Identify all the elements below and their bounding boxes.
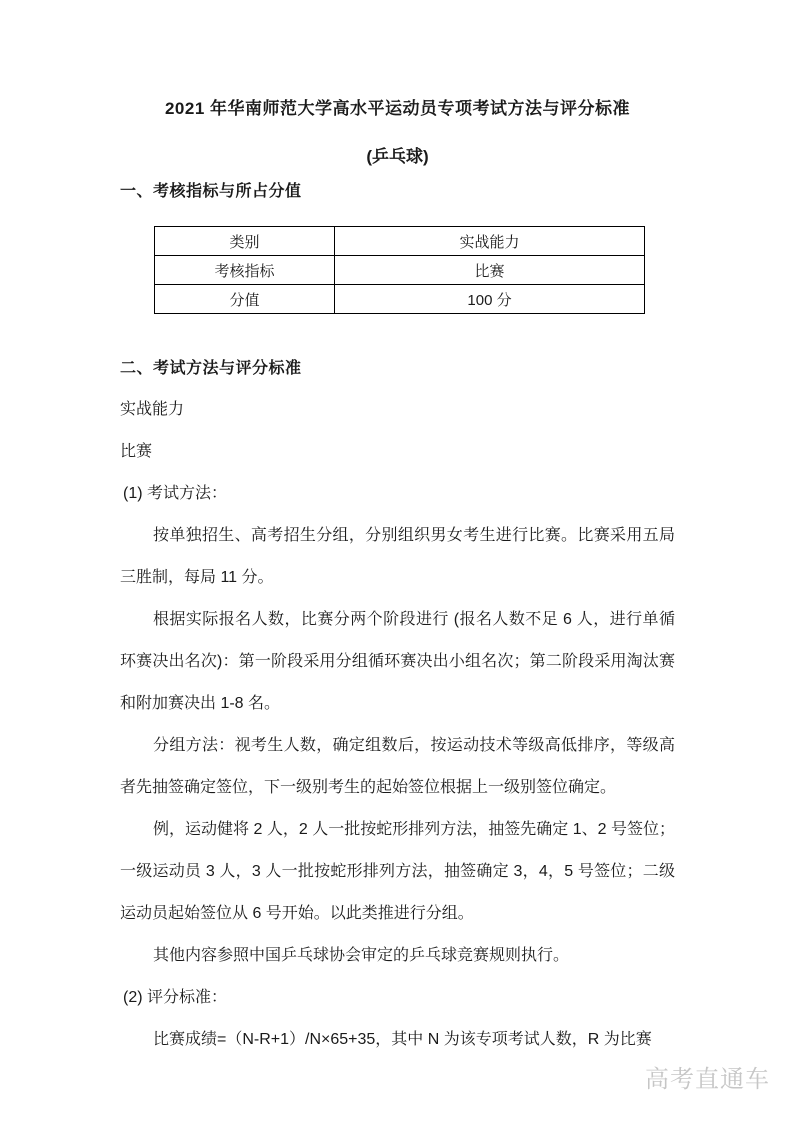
section-two-heading: 二、考试方法与评分标准 <box>120 356 675 382</box>
event-label: 比赛 <box>120 431 675 473</box>
paragraph-group-method: 分组方法：视考生人数，确定组数后，按运动技术等级高低排序，等级高者先抽签确定签位… <box>120 725 675 809</box>
watermark-text: 高考直通车 <box>645 1059 770 1094</box>
document-page: 2021 年华南师范大学高水平运动员专项考试方法与评分标准 (乒乓球) 一、考核… <box>0 0 794 1123</box>
paragraph-stages: 根据实际报名人数，比赛分两个阶段进行 (报名人数不足 6 人，进行单循环赛决出名… <box>120 599 675 725</box>
paragraph-scoring-formula: 比赛成绩=（N-R+1）/N×65+35，其中 N 为该专项考试人数，R 为比赛 <box>120 1019 675 1061</box>
section-one-heading: 一、考核指标与所占分值 <box>120 179 675 205</box>
item-two-label: (2) 评分标准： <box>120 977 675 1019</box>
paragraph-example: 例，运动健将 2 人，2 人一批按蛇形排列方法，抽签先确定 1、2 号签位；一级… <box>120 809 675 935</box>
document-title: 2021 年华南师范大学高水平运动员专项考试方法与评分标准 <box>120 96 675 122</box>
cell-score-label: 分值 <box>155 285 335 314</box>
cell-indicator-label: 考核指标 <box>155 256 335 285</box>
cell-score-value: 100 分 <box>335 285 645 314</box>
item-one-label: (1) 考试方法： <box>120 473 675 515</box>
paragraph-other-rules: 其他内容参照中国乒乓球协会审定的乒乓球竞赛规则执行。 <box>120 935 675 977</box>
paragraph-grouping: 按单独招生、高考招生分组，分别组织男女考生进行比赛。比赛采用五局三胜制，每局 1… <box>120 515 675 599</box>
document-content: 2021 年华南师范大学高水平运动员专项考试方法与评分标准 (乒乓球) 一、考核… <box>0 0 794 1061</box>
score-table: 类别 实战能力 考核指标 比赛 分值 100 分 <box>154 226 645 314</box>
table-row-score: 分值 100 分 <box>155 285 645 314</box>
cell-indicator-value: 比赛 <box>335 256 645 285</box>
table-row-indicator: 考核指标 比赛 <box>155 256 645 285</box>
cell-category-value: 实战能力 <box>335 227 645 256</box>
section-two-body: 实战能力 比赛 (1) 考试方法： 按单独招生、高考招生分组，分别组织男女考生进… <box>120 389 675 1061</box>
cell-category-label: 类别 <box>155 227 335 256</box>
table-row-category: 类别 实战能力 <box>155 227 645 256</box>
ability-label: 实战能力 <box>120 389 675 431</box>
document-subtitle: (乒乓球) <box>120 144 675 170</box>
